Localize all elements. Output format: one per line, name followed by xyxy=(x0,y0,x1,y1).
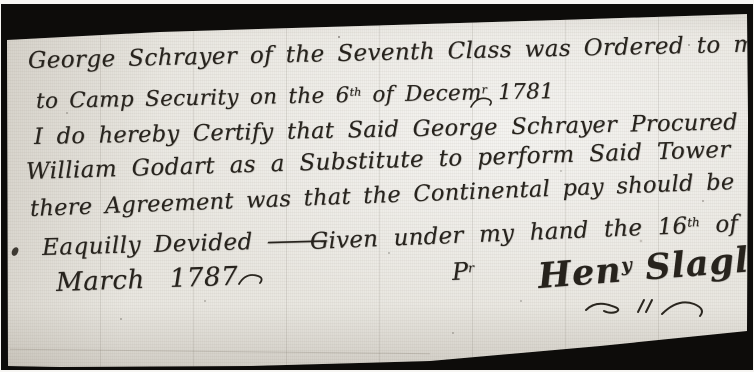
ink-blot xyxy=(11,246,19,256)
pen-flourish-icon xyxy=(236,270,266,290)
pen-flourish-icon xyxy=(468,94,496,112)
signature-paraph-icon xyxy=(582,296,712,322)
handwritten-line-1: George Schrayer of the Seventh Class was… xyxy=(28,30,754,74)
per-text: P xyxy=(451,257,469,286)
signature-text: Hen xyxy=(536,249,623,296)
superscript: th xyxy=(687,215,700,230)
paper-specks xyxy=(0,0,2,2)
scanned-document: George Schrayer of the Seventh Class was… xyxy=(0,0,754,372)
superscript: r xyxy=(468,260,475,275)
handwritten-line-6-left: Eaquilly Devided— xyxy=(42,228,289,261)
signature: Heny Slagle xyxy=(536,238,754,297)
document-paper: George Schrayer of the Seventh Class was… xyxy=(0,0,754,372)
handwritten-date-line: March 1787 xyxy=(55,262,238,298)
line2-text: of Decem xyxy=(361,80,482,107)
line6-text: of xyxy=(699,211,738,239)
per-mark: Pr xyxy=(451,257,475,286)
superscript: th xyxy=(349,86,361,99)
signature-text: Slagle xyxy=(630,238,754,290)
line2-text: to Camp Security on the 6 xyxy=(36,83,350,114)
line2-text: 1781 xyxy=(487,79,555,105)
paper-crease xyxy=(10,349,430,354)
line6-text: Eaquilly Devided xyxy=(42,229,254,261)
